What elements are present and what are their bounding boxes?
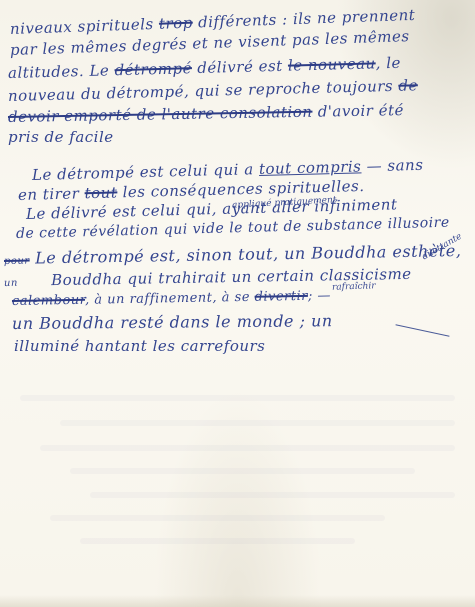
manuscript-line-4: nouveau du détrompé, qui se reproche tou… — [8, 76, 418, 105]
line-text: d'avoir été — [318, 101, 405, 121]
line-text: Le détrompé est, sinon tout, un Bouddha — [35, 242, 387, 267]
manuscript-page: niveaux spirituels trop différents : ils… — [0, 0, 475, 607]
line-text: nouveau du détrompé, qui se reproche tou… — [8, 77, 394, 105]
struck-word: le nouveau — [288, 54, 376, 74]
show-through-line — [40, 445, 455, 451]
struck-word: de — [398, 76, 418, 95]
line-text: illuminé hantant les carrefours — [14, 337, 265, 355]
insertion-text: rafraîchir — [332, 281, 376, 293]
interlinear-insertion: rafraîchir — [332, 281, 376, 293]
manuscript-line-5: devoir emporté de l'autre consolation d'… — [8, 101, 404, 126]
line-text: , le — [375, 54, 401, 73]
line-text: altitudes. Le — [8, 61, 110, 82]
line-text: en tirer — [18, 184, 80, 204]
line-text: un Bouddha resté dans le monde ; un — [12, 311, 333, 333]
manuscript-line-6: pris de facile — [8, 128, 114, 146]
line-text: délivré est — [197, 57, 283, 77]
manuscript-line-14: un Bouddha resté dans le monde ; un — [12, 312, 333, 333]
line-text: pris de facile — [8, 128, 114, 146]
show-through-line — [70, 468, 415, 474]
line-text: , à un raffinement, à se — [85, 290, 250, 308]
show-through-line — [90, 492, 455, 498]
struck-word: tout — [84, 183, 117, 202]
margin-word: un — [4, 278, 18, 289]
manuscript-line-15: illuminé hantant les carrefours — [14, 337, 265, 355]
struck-word: pour — [4, 256, 30, 267]
line-text: ; — — [308, 288, 331, 303]
struck-word: divertir — [254, 289, 308, 305]
show-through-line — [60, 420, 455, 426]
struck-word: trop — [159, 14, 193, 33]
show-through-line — [20, 395, 455, 401]
struck-word: calembour — [12, 293, 85, 309]
struck-word: détrompé — [114, 59, 192, 79]
line-text: esthète, — [392, 241, 461, 261]
show-through-line — [80, 538, 355, 544]
show-through-line — [50, 515, 385, 521]
line-text: ayant — [222, 199, 267, 218]
line-text: — sans — [366, 156, 423, 175]
pen-stroke — [395, 324, 449, 336]
underlined-phrase: tout compris — [259, 157, 362, 178]
struck-phrase: devoir emporté de l'autre consolation — [8, 103, 313, 126]
paper-edge-shadow — [0, 595, 475, 607]
line-text: niveaux spirituels — [10, 15, 154, 38]
line-text: aller infiniment — [272, 195, 398, 216]
